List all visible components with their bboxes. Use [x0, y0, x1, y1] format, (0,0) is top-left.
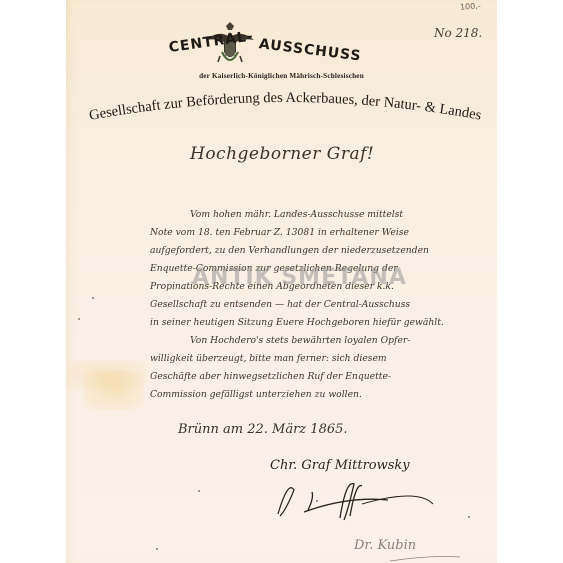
body-line: in seiner heutigen Sitzung Euere Hochgeb…	[150, 314, 468, 332]
paper-stain	[84, 370, 144, 410]
svg-text:Dr. Kubin: Dr. Kubin	[353, 538, 416, 553]
secondary-signature: Dr. Kubin	[350, 527, 480, 563]
foxing-dot	[78, 318, 80, 320]
body-line: Vom hohen mähr. Landes-Ausschusse mittel…	[150, 206, 468, 224]
body-line: Von Hochdero's stets bewährten loyalen O…	[150, 332, 468, 350]
signature-flourish-icon	[268, 470, 468, 530]
body-line: Geschäfte aber hinwegsetzlichen Ruf der …	[150, 368, 468, 386]
body-line: aufgefordert, zu den Verhandlungen der n…	[150, 242, 468, 260]
foxing-dot	[156, 548, 158, 550]
letterhead-society-line: Gesellschaft zur Beförderung des Ackerba…	[86, 88, 486, 128]
watermark: ANTIK SMETANA	[192, 265, 407, 290]
body-line: Commission gefälligst unterziehen zu wol…	[150, 386, 468, 404]
foxing-dot	[92, 297, 94, 299]
reference-number: No 218.	[434, 26, 482, 40]
body-line: willigkeit überzeugt, bitte man ferner: …	[150, 350, 468, 368]
place-date: Brünn am 22. März 1865.	[178, 422, 348, 437]
salutation: Hochgeborner Graf!	[190, 144, 374, 164]
foxing-dot	[198, 490, 200, 492]
body-line: Note vom 18. ten Februar Z. 13081 in erh…	[150, 224, 468, 242]
foxing-dot	[468, 516, 470, 518]
letterhead-subtitle: der Kaiserlich-Königlichen Mährisch-Schl…	[0, 72, 563, 80]
society-text: Gesellschaft zur Beförderung des Ackerba…	[86, 88, 483, 124]
svg-text:Gesellschaft zur Beförderung d: Gesellschaft zur Beförderung des Ackerba…	[86, 88, 483, 124]
pencil-price-mark: 100,-	[460, 1, 481, 11]
body-line: Gesellschaft zu entsenden — hat der Cent…	[150, 296, 468, 314]
letter-body: Vom hohen mähr. Landes-Ausschusse mittel…	[150, 206, 468, 404]
